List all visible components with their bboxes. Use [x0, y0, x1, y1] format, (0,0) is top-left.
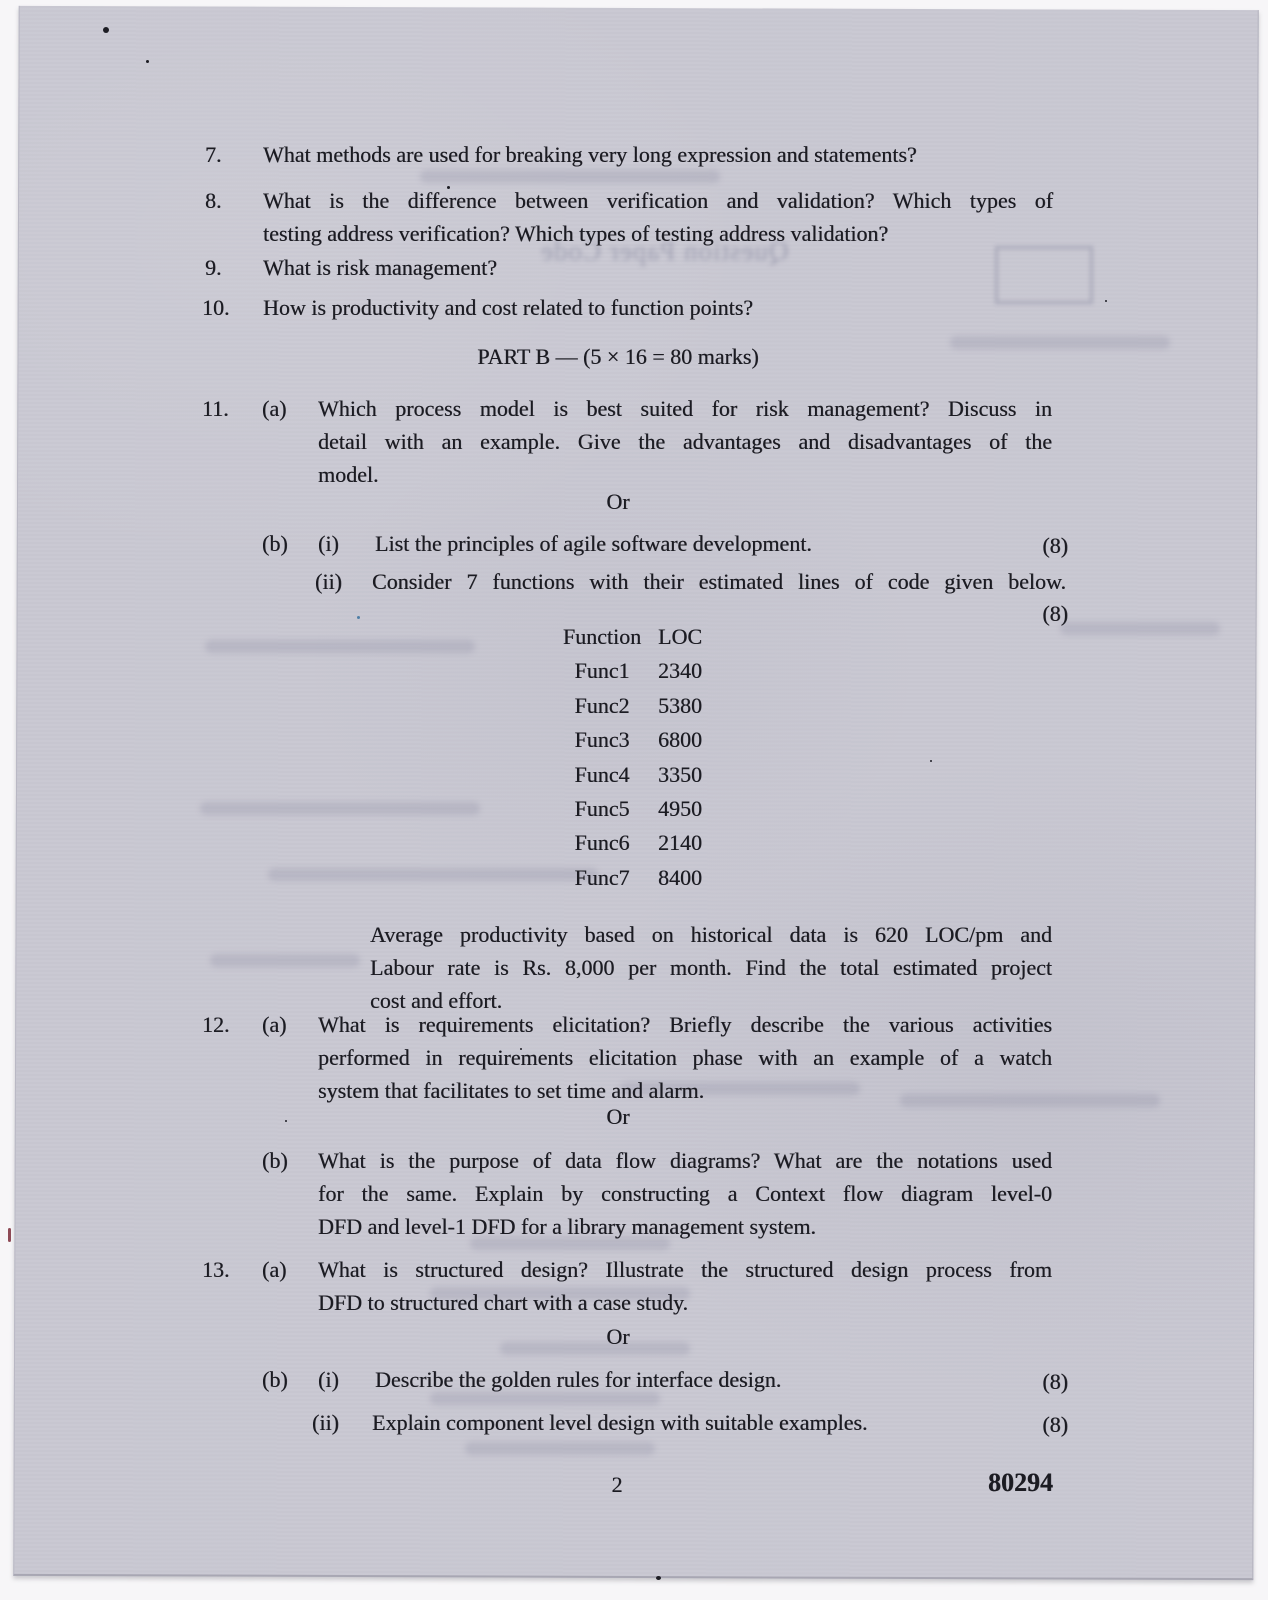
question-12b-line-2: for the same. Explain by constructing a …	[318, 1177, 1052, 1210]
table-cell-func5-name: Func5	[548, 792, 656, 826]
question-12-number: 12.	[202, 1008, 254, 1041]
part-b-heading: PART B — (5 × 16 = 80 marks)	[0, 340, 1236, 373]
ink-speck	[930, 760, 932, 762]
question-11a-line-1: Which process model is best suited for r…	[318, 392, 1052, 425]
question-11b-ii-note: Average productivity based on historical…	[370, 918, 1052, 1017]
question-8-line-1: What is the difference between verificat…	[263, 184, 1053, 217]
table-cell-func3-loc: 6800	[656, 723, 752, 757]
table-cell-func2-name: Func2	[548, 689, 656, 723]
question-13a-label: (a)	[262, 1253, 286, 1286]
or-divider-2: Or	[0, 1100, 1236, 1133]
question-12b-text: What is the purpose of data flow diagram…	[318, 1144, 1052, 1243]
question-12a-text: What is requirements elicitation? Briefl…	[318, 1008, 1052, 1107]
or-divider-1: Or	[0, 485, 1236, 518]
question-13a-line-1: What is structured design? Illustrate th…	[318, 1253, 1052, 1286]
ink-speck	[146, 60, 149, 63]
question-12b-line-1: What is the purpose of data flow diagram…	[318, 1144, 1052, 1177]
question-9-number: 9.	[205, 251, 257, 284]
note-line-1: Average productivity based on historical…	[370, 918, 1052, 951]
question-12a-label: (a)	[262, 1008, 286, 1041]
question-10-text: How is productivity and cost related to …	[263, 291, 753, 324]
question-11b-i-text: List the principles of agile software de…	[375, 527, 812, 560]
question-13b-ii-marks: (8)	[1018, 1408, 1068, 1441]
question-13a-line-2: DFD to structured chart with a case stud…	[318, 1286, 1052, 1319]
table-cell-func4-loc: 3350	[656, 758, 752, 792]
question-13b-i-label: (i)	[318, 1363, 339, 1396]
table-cell-func7-loc: 8400	[656, 861, 752, 895]
question-11b-label: (b)	[262, 527, 288, 560]
question-10-number: 10.	[202, 291, 254, 324]
question-8-line-2: testing address verification? Which type…	[263, 217, 1053, 250]
ink-speck	[357, 616, 360, 619]
question-12b-line-3: DFD and level-1 DFD for a library manage…	[318, 1210, 1052, 1243]
question-11a-line-2: detail with an example. Give the advanta…	[318, 425, 1052, 458]
question-11b-i-label: (i)	[318, 527, 339, 560]
question-11-number: 11.	[202, 392, 254, 425]
table-header-loc: LOC	[656, 620, 752, 654]
question-13-number: 13.	[202, 1253, 254, 1286]
ink-speck	[656, 1576, 661, 1580]
question-11b-ii-label: (ii)	[315, 565, 342, 598]
note-line-2: Labour rate is Rs. 8,000 per month. Find…	[370, 951, 1052, 984]
question-9-text: What is risk management?	[263, 251, 497, 284]
question-8-number: 8.	[205, 184, 257, 217]
table-cell-func1-loc: 2340	[656, 654, 752, 688]
ink-speck	[103, 27, 109, 33]
ink-speck	[1105, 300, 1107, 302]
page-number: 2	[597, 1468, 637, 1501]
question-12a-line-1: What is requirements elicitation? Briefl…	[318, 1008, 1052, 1041]
question-13b-i-text: Describe the golden rules for interface …	[375, 1363, 781, 1396]
table-cell-func1-name: Func1	[548, 654, 656, 688]
question-12b-label: (b)	[262, 1144, 288, 1177]
question-11b-ii-marks: (8)	[1018, 597, 1068, 630]
question-13a-text: What is structured design? Illustrate th…	[318, 1253, 1052, 1319]
question-13b-i-marks: (8)	[1018, 1365, 1068, 1398]
question-13b-ii-text: Explain component level design with suit…	[372, 1406, 868, 1439]
ink-speck	[8, 1228, 11, 1242]
table-header-function: Function	[548, 620, 656, 654]
table-cell-func2-loc: 5380	[656, 689, 752, 723]
table-cell-func6-loc: 2140	[656, 826, 752, 860]
ink-speck	[447, 186, 450, 189]
question-13b-ii-label: (ii)	[312, 1406, 339, 1439]
question-8-text: What is the difference between verificat…	[263, 184, 1053, 250]
or-divider-3: Or	[0, 1320, 1236, 1353]
table-cell-func4-name: Func4	[548, 758, 656, 792]
table-cell-func5-loc: 4950	[656, 792, 752, 826]
question-13b-label: (b)	[262, 1363, 288, 1396]
question-11b-ii-text: Consider 7 functions with their estimate…	[372, 565, 1066, 598]
loc-table: Function LOC Func1 2340 Func2 5380 Func3…	[548, 620, 752, 895]
question-11a-text: Which process model is best suited for r…	[318, 392, 1052, 491]
ink-speck	[520, 1048, 522, 1050]
paper-code: 80294	[988, 1466, 1053, 1499]
table-cell-func3-name: Func3	[548, 723, 656, 757]
table-cell-func7-name: Func7	[548, 861, 656, 895]
table-cell-func6-name: Func6	[548, 826, 656, 860]
question-12a-line-2: performed in requirements elicitation ph…	[318, 1041, 1052, 1074]
question-7-text: What methods are used for breaking very …	[263, 138, 917, 171]
question-11a-label: (a)	[262, 392, 286, 425]
ink-speck	[285, 1120, 287, 1122]
question-11b-i-marks: (8)	[1018, 529, 1068, 562]
question-7-number: 7.	[205, 138, 257, 171]
